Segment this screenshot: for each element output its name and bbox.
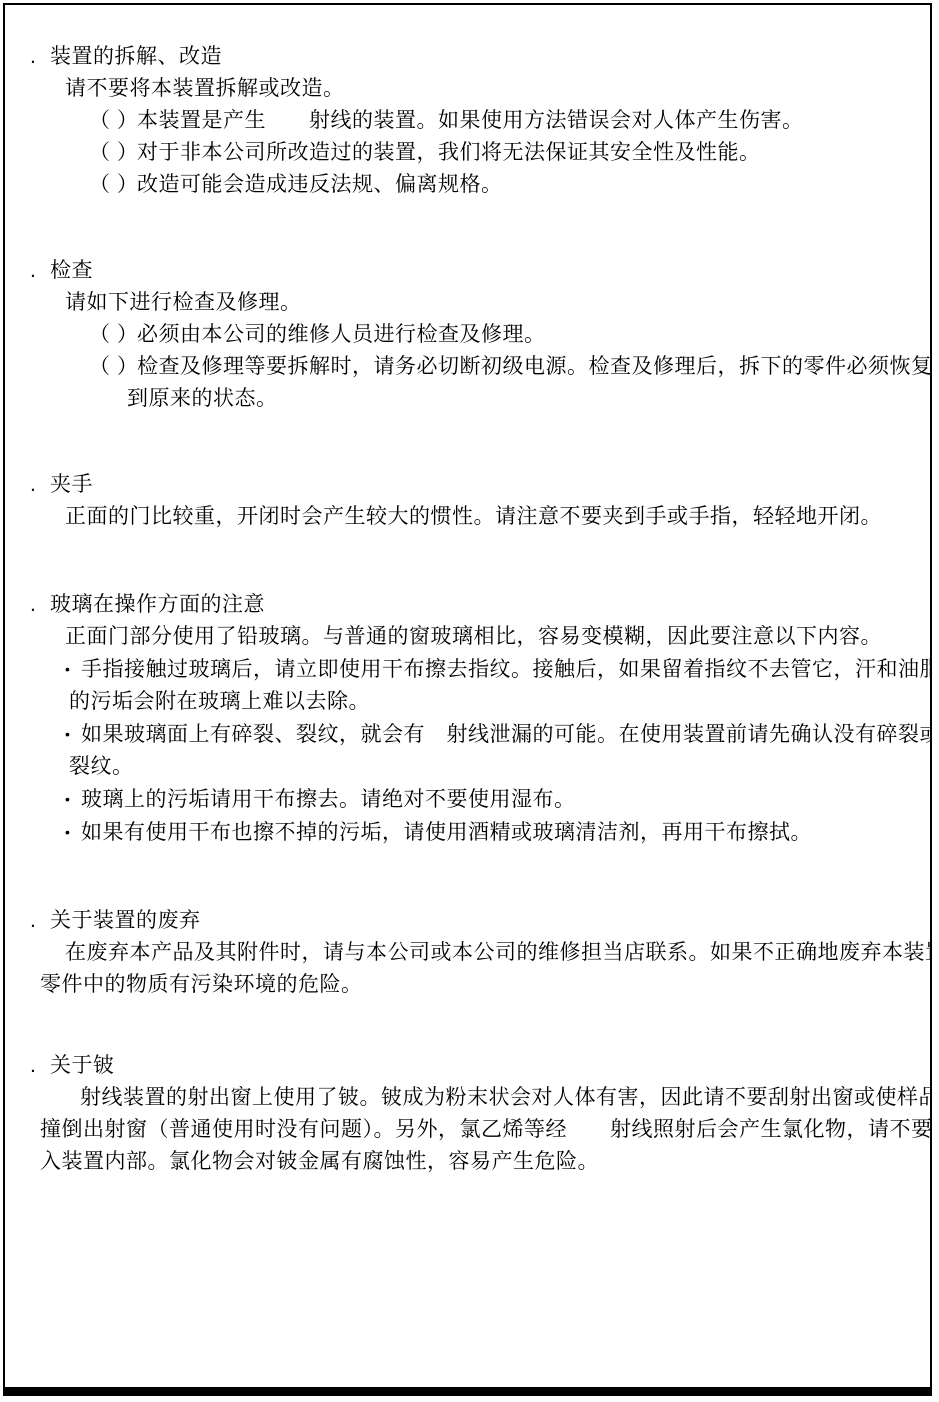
- section-title: 玻璃在操作方面的注意: [50, 593, 265, 616]
- section: .关于装置的废弃在废弃本产品及其附件时，请与本公司或本公司的维修担当店联系。如果…: [5, 905, 930, 1001]
- section-title: 夹手: [50, 473, 93, 496]
- text-line-content: 对于非本公司所改造过的装置，我们将无法保证其安全性及性能。: [137, 141, 761, 164]
- paren-marker: （ ）: [89, 137, 137, 169]
- section-heading: .检查: [5, 255, 930, 287]
- paren-marker: （ ）: [89, 351, 137, 383]
- section-heading: .玻璃在操作方面的注意: [5, 589, 930, 621]
- text-line-content: 到原来的状态。: [127, 387, 278, 410]
- text-line: （ ）必须由本公司的维修人员进行检查及修理。: [5, 319, 930, 351]
- bullet-icon: •: [65, 653, 81, 685]
- text-line-content: 请如下进行检查及修理。: [65, 291, 302, 314]
- text-line-content: 本装置是产生 射线的装置。如果使用方法错误会对人体产生伤害。: [137, 109, 804, 132]
- section-marker: .: [30, 255, 50, 287]
- section: .装置的拆解、改造请不要将本装置拆解或改造。（ ）本装置是产生 射线的装置。如果…: [5, 41, 930, 201]
- section-title: 关于铍: [50, 1054, 115, 1077]
- section-marker: .: [30, 41, 50, 73]
- section-marker: .: [30, 469, 50, 501]
- text-line: •如果有使用干布也擦不掉的污垢，请使用酒精或玻璃清洁剂，再用干布擦拭。: [5, 816, 930, 849]
- text-line: •手指接触过玻璃后，请立即使用干布擦去指纹。接触后，如果留着指纹不去管它，汗和油…: [5, 653, 930, 686]
- text-line-content: 必须由本公司的维修人员进行检查及修理。: [137, 323, 546, 346]
- text-line: 正面的门比较重，开闭时会产生较大的惯性。请注意不要夹到手或手指，轻轻地开闭。: [5, 501, 930, 533]
- section-marker: .: [30, 1050, 50, 1082]
- text-line-content: 裂纹。: [69, 755, 134, 778]
- text-line-content: 如果有使用干布也擦不掉的污垢，请使用酒精或玻璃清洁剂，再用干布擦拭。: [81, 821, 812, 844]
- section-title: 检查: [50, 259, 93, 282]
- text-line-content: 零件中的物质有污染环境的危险。: [40, 973, 363, 996]
- text-line: （ ）改造可能会造成违反法规、偏离规格。: [5, 169, 930, 201]
- text-line-content: 在废弃本产品及其附件时，请与本公司或本公司的维修担当店联系。如果不正确地废弃本装…: [65, 941, 932, 964]
- page-frame: .装置的拆解、改造请不要将本装置拆解或改造。（ ）本装置是产生 射线的装置。如果…: [3, 3, 932, 1396]
- section: .夹手正面的门比较重，开闭时会产生较大的惯性。请注意不要夹到手或手指，轻轻地开闭…: [5, 469, 930, 533]
- section-heading: .关于铍: [5, 1050, 930, 1082]
- text-line-content: 正面门部分使用了铅玻璃。与普通的窗玻璃相比，容易变模糊，因此要注意以下内容。: [65, 625, 882, 648]
- text-line-content: 手指接触过玻璃后，请立即使用干布擦去指纹。接触后，如果留着指纹不去管它，汗和油脂: [81, 658, 932, 681]
- text-line: （ ）本装置是产生 射线的装置。如果使用方法错误会对人体产生伤害。: [5, 105, 930, 137]
- text-line-content: 如果玻璃面上有碎裂、裂纹，就会有 射线泄漏的可能。在使用装置前请先确认没有碎裂或: [81, 723, 932, 746]
- paren-marker: （ ）: [89, 169, 137, 201]
- section: .玻璃在操作方面的注意正面门部分使用了铅玻璃。与普通的窗玻璃相比，容易变模糊，因…: [5, 589, 930, 849]
- text-line-content: 改造可能会造成违反法规、偏离规格。: [137, 173, 503, 196]
- section-title: 装置的拆解、改造: [50, 45, 222, 68]
- section-heading: .关于装置的废弃: [5, 905, 930, 937]
- text-line: •玻璃上的污垢请用干布擦去。请绝对不要使用湿布。: [5, 783, 930, 816]
- text-line: 正面门部分使用了铅玻璃。与普通的窗玻璃相比，容易变模糊，因此要注意以下内容。: [5, 621, 930, 653]
- text-line: 到原来的状态。: [5, 383, 930, 415]
- section-marker: .: [30, 905, 50, 937]
- section: .检查请如下进行检查及修理。（ ）必须由本公司的维修人员进行检查及修理。（ ）检…: [5, 255, 930, 415]
- text-line: （ ）检查及修理等要拆解时，请务必切断初级电源。检查及修理后，拆下的零件必须恢复: [5, 351, 930, 383]
- paren-marker: （ ）: [89, 105, 137, 137]
- text-line: 入装置内部。氯化物会对铍金属有腐蚀性，容易产生危险。: [5, 1146, 930, 1178]
- bullet-icon: •: [65, 718, 81, 750]
- text-line: 的污垢会附在玻璃上难以去除。: [5, 686, 930, 718]
- text-line: •如果玻璃面上有碎裂、裂纹，就会有 射线泄漏的可能。在使用装置前请先确认没有碎裂…: [5, 718, 930, 751]
- text-line: （ ）对于非本公司所改造过的装置，我们将无法保证其安全性及性能。: [5, 137, 930, 169]
- text-line: 在废弃本产品及其附件时，请与本公司或本公司的维修担当店联系。如果不正确地废弃本装…: [5, 937, 930, 969]
- text-line-content: 入装置内部。氯化物会对铍金属有腐蚀性，容易产生危险。: [40, 1150, 599, 1173]
- text-line-content: 射线装置的射出窗上使用了铍。铍成为粉末状会对人体有害，因此请不要刮射出窗或使样品: [80, 1086, 932, 1109]
- bullet-icon: •: [65, 816, 81, 848]
- text-line: 裂纹。: [5, 751, 930, 783]
- document-page: .装置的拆解、改造请不要将本装置拆解或改造。（ ）本装置是产生 射线的装置。如果…: [5, 5, 930, 1178]
- text-line-content: 撞倒出射窗（普通使用时没有问题）。另外，氯乙烯等经 射线照射后会产生氯化物，请不…: [40, 1118, 932, 1141]
- text-line-content: 请不要将本装置拆解或改造。: [65, 77, 345, 100]
- section-heading: .装置的拆解、改造: [5, 41, 930, 73]
- section: .关于铍射线装置的射出窗上使用了铍。铍成为粉末状会对人体有害，因此请不要刮射出窗…: [5, 1050, 930, 1178]
- text-line-content: 的污垢会附在玻璃上难以去除。: [69, 690, 370, 713]
- text-line-content: 检查及修理等要拆解时，请务必切断初级电源。检查及修理后，拆下的零件必须恢复: [137, 355, 932, 378]
- bullet-icon: •: [65, 783, 81, 815]
- text-line-content: 正面的门比较重，开闭时会产生较大的惯性。请注意不要夹到手或手指，轻轻地开闭。: [65, 505, 882, 528]
- text-line: 零件中的物质有污染环境的危险。: [5, 969, 930, 1001]
- text-line: 撞倒出射窗（普通使用时没有问题）。另外，氯乙烯等经 射线照射后会产生氯化物，请不…: [5, 1114, 930, 1146]
- section-title: 关于装置的废弃: [50, 909, 201, 932]
- text-line: 射线装置的射出窗上使用了铍。铍成为粉末状会对人体有害，因此请不要刮射出窗或使样品: [5, 1082, 930, 1114]
- section-marker: .: [30, 589, 50, 621]
- paren-marker: （ ）: [89, 319, 137, 351]
- text-line-content: 玻璃上的污垢请用干布擦去。请绝对不要使用湿布。: [81, 788, 576, 811]
- text-line: 请如下进行检查及修理。: [5, 287, 930, 319]
- section-heading: .夹手: [5, 469, 930, 501]
- text-line: 请不要将本装置拆解或改造。: [5, 73, 930, 105]
